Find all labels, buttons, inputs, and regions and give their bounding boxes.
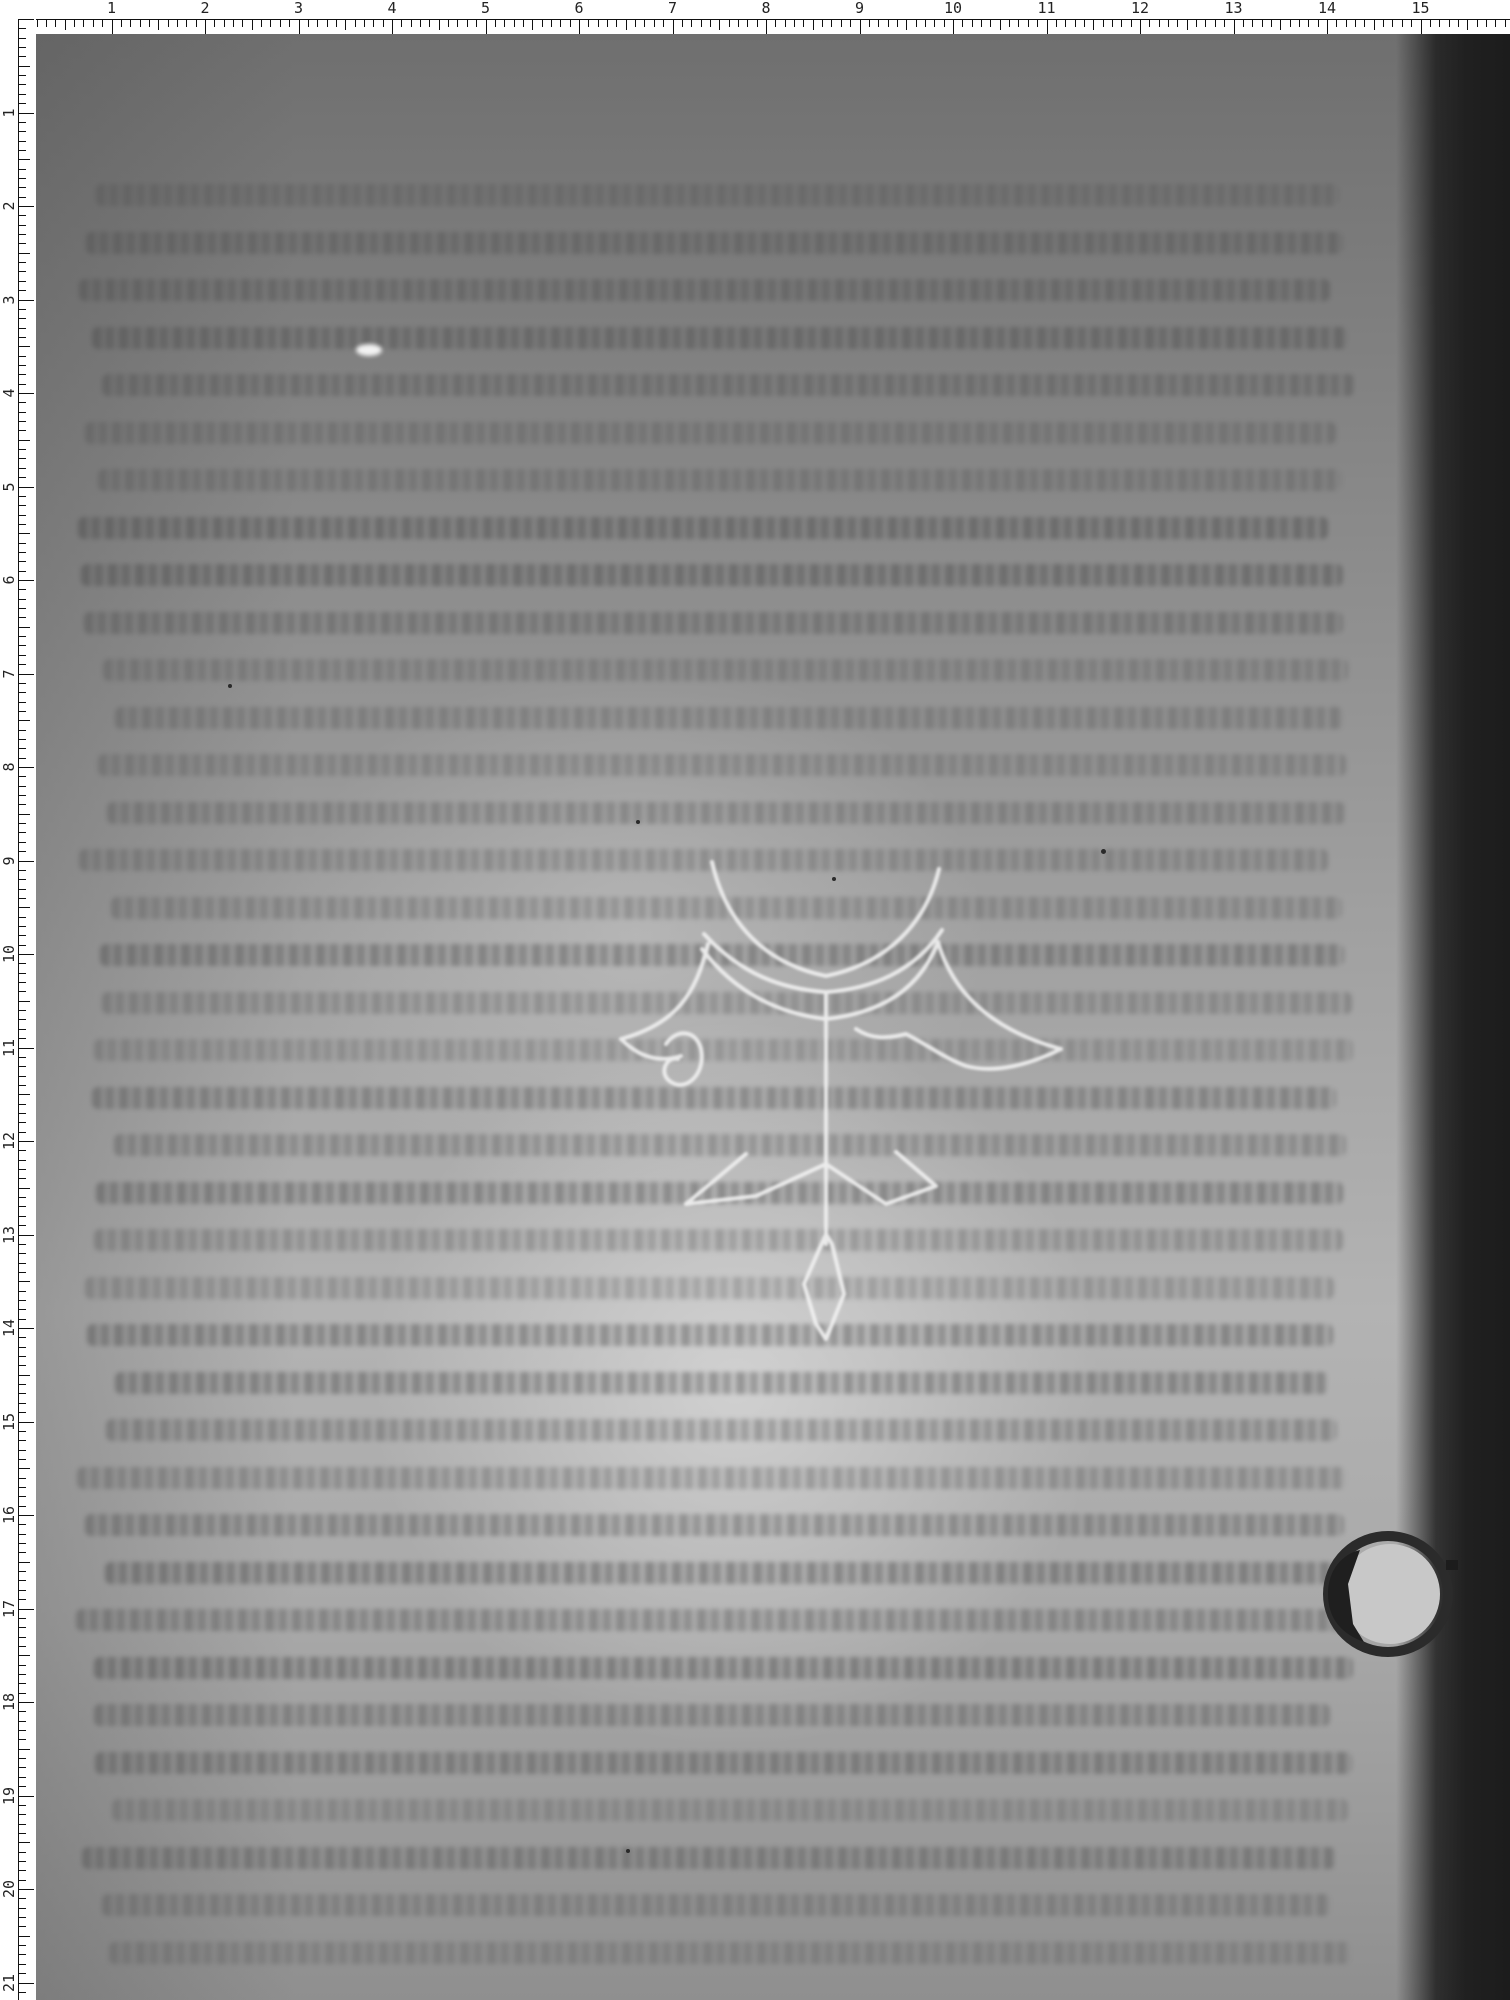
ruler-tick	[1205, 20, 1206, 27]
ruler-tick	[1477, 20, 1478, 27]
text-line	[105, 1562, 1348, 1584]
ruler-tick	[130, 20, 131, 27]
text-line	[98, 469, 1341, 491]
ruler-tick	[644, 20, 645, 27]
ruler-tick	[19, 122, 26, 123]
ruler-label: 2	[1, 197, 17, 215]
ruler-tick	[626, 20, 627, 30]
ruler-tick	[19, 1300, 26, 1301]
ruler-tick	[355, 20, 356, 27]
text-line	[94, 1704, 1330, 1726]
ruler-tick	[19, 1711, 26, 1712]
ruler-label: 18	[1, 1693, 17, 1711]
ruler-label: 21	[1, 1974, 17, 1992]
clip-ring-icon	[1298, 1524, 1458, 1664]
ruler-tick	[19, 1496, 26, 1497]
ruler-tick	[242, 20, 243, 27]
text-line	[95, 1752, 1352, 1774]
ruler-tick	[19, 271, 26, 272]
ruler-tick	[1243, 20, 1244, 27]
ruler-tick	[19, 1926, 26, 1927]
ruler-tick	[19, 1478, 26, 1479]
ruler-label: 4	[1, 384, 17, 402]
ruler-tick	[299, 20, 300, 34]
ruler-tick	[542, 20, 543, 27]
ruler-tick	[19, 1403, 26, 1404]
text-line	[85, 1514, 1345, 1536]
ruler-tick	[1056, 20, 1057, 27]
ruler-tick	[944, 20, 945, 27]
ruler-tick	[19, 655, 26, 656]
text-line	[115, 1372, 1328, 1394]
text-line	[79, 279, 1329, 301]
ruler-tick	[1383, 20, 1384, 27]
ruler-tick	[19, 1964, 26, 1965]
ruler-tick	[19, 739, 26, 740]
ruler-tick	[19, 1235, 34, 1236]
ruler-tick	[1271, 20, 1272, 27]
ruler-tick	[19, 1244, 26, 1245]
text-line	[109, 1942, 1351, 1964]
ruler-tick	[19, 1777, 26, 1778]
ruler-tick	[261, 20, 262, 27]
ruler-tick	[19, 1365, 26, 1366]
ruler-tick	[1439, 20, 1440, 27]
left-ruler: 123456789101112131415161718192021	[0, 0, 36, 2000]
ruler-tick	[19, 328, 26, 329]
ruler-tick	[1280, 20, 1281, 30]
ruler-tick	[19, 318, 26, 319]
ruler-tick	[19, 1870, 26, 1871]
ruler-tick	[1392, 20, 1393, 27]
ruler-tick	[19, 515, 26, 516]
ruler-tick	[19, 468, 26, 469]
ruler-tick	[19, 664, 26, 665]
ruler-tick	[19, 1730, 26, 1731]
ruler-tick	[19, 889, 26, 890]
ruler-tick	[19, 150, 26, 151]
ruler-tick	[19, 1019, 26, 1020]
ruler-tick	[19, 973, 26, 974]
ruler-label: 12	[1, 1132, 17, 1150]
ruler-tick	[1318, 20, 1319, 27]
ruler-tick	[673, 20, 674, 34]
ruler-tick	[747, 20, 748, 27]
ruler-tick	[19, 1665, 26, 1666]
ruler-tick	[19, 1468, 30, 1469]
text-line	[81, 564, 1343, 586]
ruler-tick	[327, 20, 328, 27]
ruler-tick	[19, 561, 26, 562]
ruler-tick	[1336, 20, 1337, 27]
dust-spot	[832, 877, 836, 881]
manuscript-scan	[36, 34, 1510, 2000]
ruler-tick	[1121, 20, 1122, 27]
ruler-tick	[1084, 20, 1085, 27]
ruler-label: 11	[1, 1039, 17, 1057]
ruler-tick	[19, 851, 26, 852]
ruler-tick	[19, 1908, 26, 1909]
ruler-tick	[19, 1637, 26, 1638]
ruler-tick	[19, 458, 26, 459]
text-line	[76, 1609, 1345, 1631]
ruler-tick	[19, 113, 34, 114]
ruler-tick	[654, 20, 655, 27]
ruler-tick	[19, 1328, 34, 1329]
ruler-tick	[19, 505, 26, 506]
ruler-tick	[93, 20, 94, 27]
ruler-tick	[19, 1721, 26, 1722]
ruler-tick	[19, 225, 26, 226]
ruler-tick	[448, 20, 449, 27]
ruler-tick	[19, 917, 26, 918]
ruler-tick	[532, 20, 533, 30]
ruler-label: 12	[1131, 0, 1149, 16]
ruler-tick	[19, 449, 26, 450]
ruler-tick	[19, 954, 34, 955]
ruler-tick	[1430, 20, 1431, 27]
ruler-tick	[19, 1440, 26, 1441]
ruler-tick	[19, 1552, 26, 1553]
ruler-tick	[19, 477, 26, 478]
ruler-tick	[19, 842, 26, 843]
text-line	[78, 517, 1328, 539]
ruler-tick	[308, 20, 309, 27]
text-line	[106, 1419, 1337, 1441]
ruler-tick	[19, 28, 26, 29]
text-line	[86, 232, 1343, 254]
ruler-tick	[19, 1225, 26, 1226]
ruler-tick	[411, 20, 412, 27]
ruler-tick	[934, 20, 935, 27]
ruler-tick	[925, 20, 926, 27]
ruler-tick	[897, 20, 898, 27]
ruler-tick	[19, 1842, 30, 1843]
ruler-tick	[19, 262, 26, 263]
ruler-tick	[19, 1814, 26, 1815]
ruler-tick	[822, 20, 823, 27]
ruler-tick	[19, 795, 26, 796]
ruler-tick	[19, 1066, 26, 1067]
ruler-tick	[19, 1936, 30, 1937]
text-line	[82, 1847, 1335, 1869]
ruler-tick	[233, 20, 234, 27]
ruler-tick	[19, 730, 26, 731]
ruler-tick	[1177, 20, 1178, 27]
ruler-tick	[149, 20, 150, 27]
ruler-tick	[1234, 20, 1235, 34]
text-line	[94, 1657, 1354, 1679]
ruler-tick	[19, 1337, 26, 1338]
ruler-tick	[19, 543, 26, 544]
ruler-tick	[19, 1618, 26, 1619]
ruler-tick	[140, 20, 141, 27]
dust-spot	[1101, 849, 1106, 854]
ruler-tick	[850, 20, 851, 27]
ruler-tick	[19, 1524, 26, 1525]
ruler-tick	[19, 393, 34, 394]
ruler-tick	[19, 748, 26, 749]
ruler-tick	[476, 20, 477, 27]
ruler-tick	[1112, 20, 1113, 27]
ruler-tick	[1018, 20, 1019, 27]
ruler-tick	[19, 215, 26, 216]
ruler-tick	[869, 20, 870, 27]
ruler-tick	[1131, 20, 1132, 27]
ruler-tick	[19, 197, 26, 198]
ruler-tick	[729, 20, 730, 27]
ruler-tick	[177, 20, 178, 27]
ruler-tick	[168, 20, 169, 27]
ruler-tick	[19, 945, 26, 946]
ruler-tick	[196, 20, 197, 27]
ruler-tick	[775, 20, 776, 27]
ruler-tick	[19, 1543, 26, 1544]
ruler-tick	[579, 20, 580, 34]
text-line	[102, 1894, 1329, 1916]
dust-spot	[626, 1849, 630, 1853]
text-line	[107, 802, 1346, 824]
ruler-tick	[19, 1945, 26, 1946]
ruler-tick	[19, 309, 26, 310]
ruler-tick	[19, 1309, 26, 1310]
text-line	[85, 422, 1335, 444]
ruler-tick	[19, 1412, 26, 1413]
ruler-tick	[364, 20, 365, 27]
ruler-tick	[19, 496, 26, 497]
ruler-tick	[551, 20, 552, 27]
ruler-tick	[1458, 20, 1459, 27]
ruler-tick	[19, 1450, 26, 1451]
ruler-tick	[19, 1319, 26, 1320]
ruler-tick	[19, 1749, 30, 1750]
ruler-tick	[523, 20, 524, 27]
ruler-tick	[19, 1562, 30, 1563]
ruler-tick	[19, 692, 26, 693]
ruler-tick	[65, 20, 66, 30]
ruler-tick	[19, 75, 26, 76]
ruler-tick	[19, 1001, 30, 1002]
ruler-tick	[19, 94, 26, 95]
ruler-tick	[19, 243, 26, 244]
ruler-tick	[19, 982, 26, 983]
ruler-tick	[19, 907, 30, 908]
ruler-tick	[19, 1580, 26, 1581]
ruler-tick	[336, 20, 337, 27]
ruler-tick	[757, 20, 758, 27]
ruler-label: 20	[1, 1880, 17, 1898]
ruler-tick	[19, 599, 26, 600]
ruler-tick	[19, 636, 26, 637]
ruler-label: 10	[1, 945, 17, 963]
ruler-tick	[1364, 20, 1365, 27]
ruler-tick	[1103, 20, 1104, 27]
ruler-tick	[19, 786, 26, 787]
text-line	[115, 707, 1342, 729]
ruler-tick	[19, 178, 26, 179]
ruler-tick	[19, 1076, 26, 1077]
ruler-tick	[19, 702, 26, 703]
ruler-tick	[766, 20, 767, 34]
ruler-tick	[19, 1132, 26, 1133]
ruler-tick	[962, 20, 963, 27]
ruler-tick	[878, 20, 879, 27]
text-line	[98, 754, 1346, 776]
ruler-tick	[19, 1702, 34, 1703]
ruler-tick	[1327, 20, 1328, 34]
ruler-tick	[19, 38, 26, 39]
ruler-tick	[74, 20, 75, 27]
ruler-tick	[19, 580, 34, 581]
ruler-tick	[841, 20, 842, 27]
ruler-tick	[1028, 20, 1029, 27]
dust-spot	[228, 684, 232, 688]
ruler-tick	[19, 253, 30, 254]
ruler-tick	[429, 20, 430, 27]
ruler-tick	[19, 1178, 26, 1179]
ruler-tick	[19, 776, 26, 777]
ruler-tick	[19, 1169, 26, 1170]
ruler-tick	[1140, 20, 1141, 34]
ruler-tick	[19, 1384, 26, 1385]
ruler-tick	[19, 1253, 26, 1254]
ruler-label: 11	[1037, 0, 1055, 16]
ruler-tick	[19, 1094, 30, 1095]
text-line	[92, 327, 1347, 349]
ruler-tick	[19, 1347, 26, 1348]
ruler-tick	[888, 20, 889, 27]
ruler-label: 15	[1, 1413, 17, 1431]
ruler-tick	[1308, 20, 1309, 27]
ruler-tick	[19, 159, 30, 160]
ruler-label: 6	[574, 0, 583, 16]
ruler-tick	[514, 20, 515, 27]
ruler-tick	[19, 898, 26, 899]
ruler-tick	[121, 20, 122, 27]
ruler-tick	[682, 20, 683, 27]
ruler-tick	[794, 20, 795, 27]
ruler-label: 16	[1, 1506, 17, 1524]
text-line	[96, 184, 1340, 206]
ruler-tick	[803, 20, 804, 27]
ruler-tick	[19, 1627, 26, 1628]
ruler-tick	[1467, 20, 1468, 30]
ruler-tick	[19, 1197, 26, 1198]
ruler-tick	[19, 870, 26, 871]
ruler-tick	[19, 1758, 26, 1759]
ruler-tick	[19, 337, 26, 338]
ruler-tick	[560, 20, 561, 27]
ruler-tick	[19, 814, 30, 815]
ruler-tick	[19, 187, 26, 188]
ruler-tick	[1000, 20, 1001, 30]
ruler-label: 7	[668, 0, 677, 16]
ruler-tick	[19, 1141, 34, 1142]
ruler-tick	[19, 1683, 26, 1684]
ruler-label: 15	[1411, 0, 1429, 16]
ruler-tick	[19, 879, 26, 880]
ruler-tick	[598, 20, 599, 27]
ruler-label: 3	[1, 291, 17, 309]
ruler-tick	[19, 206, 34, 207]
ruler-tick	[19, 131, 26, 132]
ruler-tick	[19, 1048, 34, 1049]
ruler-tick	[158, 20, 159, 30]
ruler-tick	[19, 1861, 26, 1862]
ruler-tick	[1495, 20, 1496, 27]
text-line	[77, 1467, 1346, 1489]
ruler-tick	[19, 1889, 34, 1890]
ruler-tick	[990, 20, 991, 27]
ruler-tick	[19, 674, 34, 675]
ruler-tick	[392, 20, 393, 34]
ruler-tick	[19, 1833, 26, 1834]
ruler-tick	[289, 20, 290, 27]
ruler-tick	[1374, 20, 1375, 30]
ruler-tick	[46, 20, 47, 27]
ruler-label: 4	[387, 0, 396, 16]
ruler-tick	[588, 20, 589, 27]
ruler-tick	[19, 421, 26, 422]
ruler-tick	[19, 711, 26, 712]
ruler-tick	[19, 365, 26, 366]
ruler-tick	[1168, 20, 1169, 27]
ruler-tick	[906, 20, 907, 30]
ruler-tick	[1009, 20, 1010, 27]
ruler-tick	[19, 487, 34, 488]
ruler-tick	[19, 1216, 26, 1217]
ruler-tick	[19, 823, 26, 824]
ruler-tick	[19, 169, 26, 170]
ruler-label: 8	[761, 0, 770, 16]
ruler-tick	[19, 1609, 34, 1610]
ruler-tick	[420, 20, 421, 27]
ruler-tick	[1252, 20, 1253, 27]
ruler-tick	[1299, 20, 1300, 27]
ruler-tick	[19, 47, 26, 48]
ruler-tick	[19, 141, 26, 142]
ruler-tick	[280, 20, 281, 27]
ruler-tick	[635, 20, 636, 27]
ruler-tick	[467, 20, 468, 27]
ruler-label: 9	[855, 0, 864, 16]
ruler-tick	[1486, 20, 1487, 27]
ruler-tick	[981, 20, 982, 27]
ruler-tick	[1093, 20, 1094, 30]
ruler-tick	[1187, 20, 1188, 30]
ruler-tick	[214, 20, 215, 27]
ruler-tick	[1505, 20, 1506, 27]
ruler-tick	[19, 234, 26, 235]
ruler-tick	[1290, 20, 1291, 27]
ruler-tick	[19, 1534, 26, 1535]
ruler-tick	[495, 20, 496, 27]
ruler-tick	[205, 20, 206, 34]
ruler-tick	[19, 832, 26, 833]
ruler-tick	[19, 1506, 26, 1507]
ruler-tick	[19, 1898, 26, 1899]
ruler-tick	[19, 1917, 26, 1918]
ruler-tick	[19, 1431, 26, 1432]
ruler-tick	[383, 20, 384, 27]
ruler-tick	[1149, 20, 1150, 27]
ruler-tick	[19, 1422, 34, 1423]
ruler-tick	[1196, 20, 1197, 27]
ruler-tick	[19, 1852, 26, 1853]
ruler-tick	[570, 20, 571, 27]
ruler-tick	[373, 20, 374, 27]
ruler-tick	[345, 20, 346, 30]
